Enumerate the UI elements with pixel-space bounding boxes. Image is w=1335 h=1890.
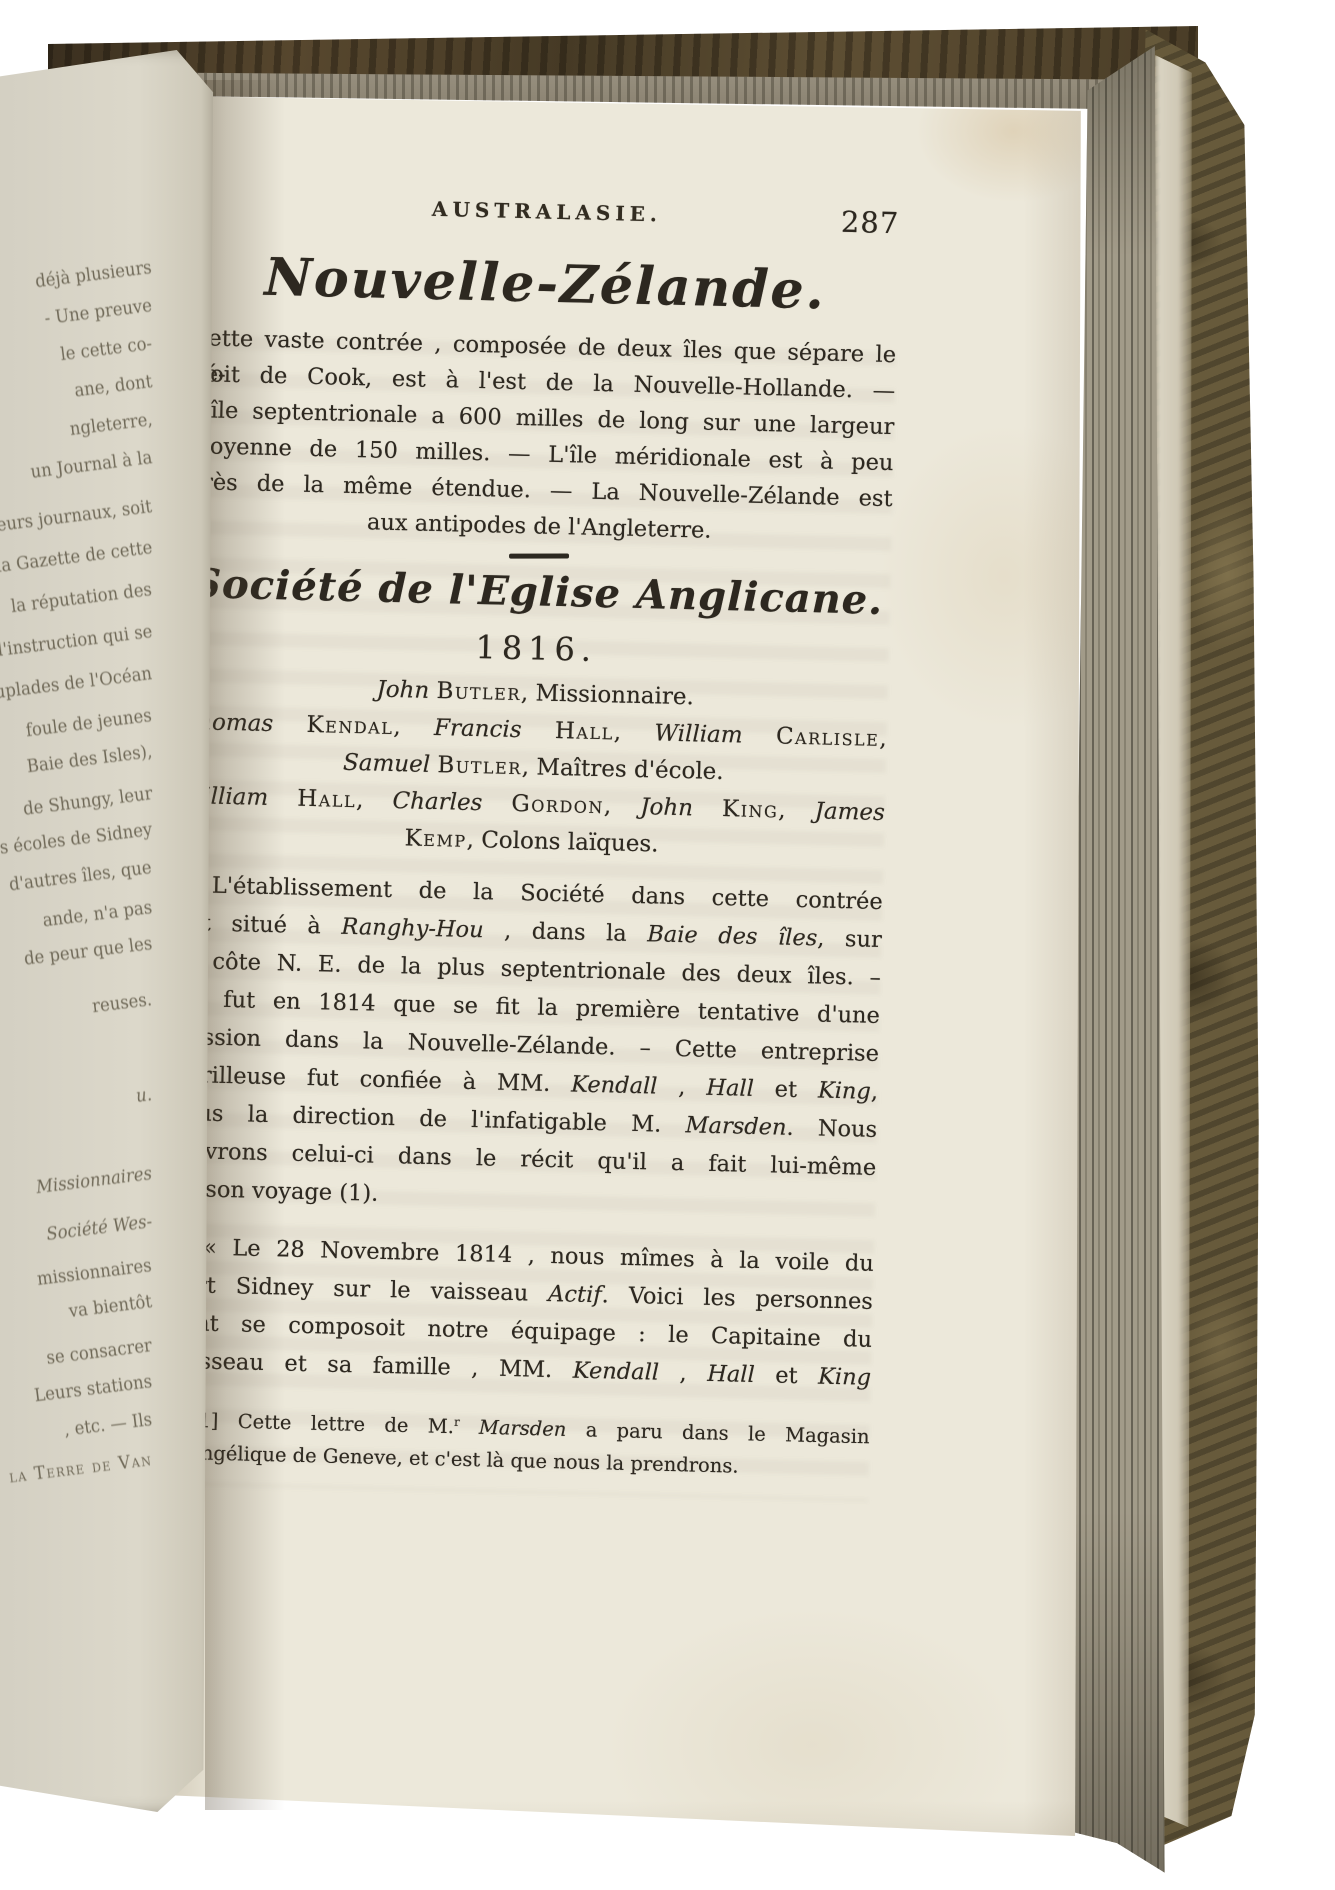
intro-paragraph: Cette vaste contrée , composée de deux î… [186,320,896,553]
running-head-title: AUSTRALASIE. [194,185,900,232]
page-text-block: AUSTRALASIE. 287 Nouvelle-Zélande. Cette… [164,185,900,1489]
book-page: AUSTRALASIE. 287 Nouvelle-Zélande. Cette… [140,20,1100,1875]
previous-page-edge [0,50,230,1812]
page-number: 287 [841,205,900,240]
chapter-title: Nouvelle-Zélande. [192,245,898,323]
mission-staff-list: John Butler, Missionnaire. Thomas Kendal… [179,667,888,869]
section-divider [509,553,569,558]
establishment-paragraph: L'établissement de la Société dans cette… [170,866,883,1225]
voyage-paragraph: « Le 28 Novembre 1814 , nous mîmes à la … [166,1228,875,1397]
book-photo: AUSTRALASIE. 287 Nouvelle-Zélande. Cette… [0,0,1335,1890]
running-head: AUSTRALASIE. 287 [194,185,900,236]
